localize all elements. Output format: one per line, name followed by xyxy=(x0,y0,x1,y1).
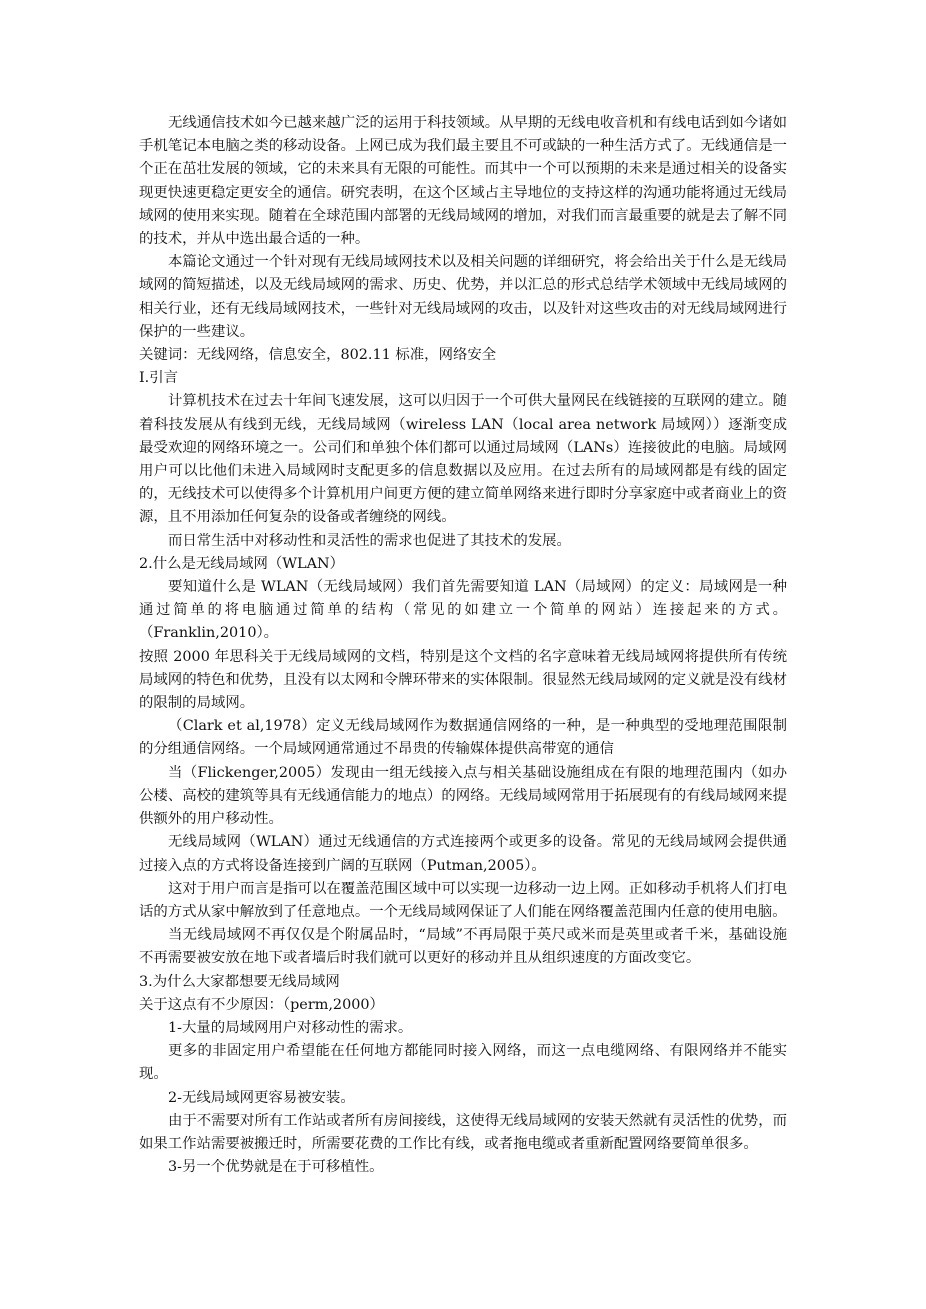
wlan-paragraph-1: 要知道什么是 WLAN（无线局域网）我们首先需要知道 LAN（局域网）的定义：局… xyxy=(139,576,787,646)
abstract-paragraph-2: 本篇论文通过一个针对现有无线局域网技术以及相关问题的详细研究，将会给出关于什么是… xyxy=(139,251,787,344)
section-heading-what-is-wlan: 2.什么是无线局域网（WLAN） xyxy=(139,553,787,576)
keywords-line: 关键词：无线网络，信息安全，802.11 标准，网络安全 xyxy=(139,344,787,367)
abstract-paragraph-1: 无线通信技术如今已越来越广泛的运用于科技领域。从早期的无线电收音机和有线电话到如… xyxy=(139,112,787,251)
reason-1-title: 1-大量的局域网用户对移动性的需求。 xyxy=(139,1017,787,1040)
wlan-paragraph-5: 无线局域网（WLAN）通过无线通信的方式连接两个或更多的设备。常见的无线局域网会… xyxy=(139,831,787,877)
wlan-paragraph-2: 按照 2000 年思科关于无线局域网的文档，特别是这个文档的名字意味着无线局域网… xyxy=(139,646,787,716)
wlan-paragraph-7: 当无线局域网不再仅仅是个附属品时，“局域”不再局限于英尺或米而是英里或者千米，基… xyxy=(139,924,787,970)
reason-2-title: 2-无线局域网更容易被安装。 xyxy=(139,1087,787,1110)
introduction-paragraph-2: 而日常生活中对移动性和灵活性的需求也促进了其技术的发展。 xyxy=(139,530,787,553)
section-heading-introduction: I.引言 xyxy=(139,367,787,390)
wlan-paragraph-6: 这对于用户而言是指可以在覆盖范围区域中可以实现一边移动一边上网。正如移动手机将人… xyxy=(139,878,787,924)
why-wlan-intro: 关于这点有不少原因：（perm,2000） xyxy=(139,994,787,1017)
reason-2-detail: 由于不需要对所有工作站或者所有房间接线，这使得无线局域网的安装天然就有灵活性的优… xyxy=(139,1110,787,1156)
reason-1-detail: 更多的非固定用户希望能在任何地方都能同时接入网络，而这一点电缆网络、有限网络并不… xyxy=(139,1040,787,1086)
document-page: 无线通信技术如今已越来越广泛的运用于科技领域。从早期的无线电收音机和有线电话到如… xyxy=(139,112,787,1179)
reason-3-title: 3-另一个优势就是在于可移植性。 xyxy=(139,1156,787,1179)
wlan-paragraph-4: 当（Flickenger,2005）发现由一组无线接入点与相关基础设施组成在有限… xyxy=(139,762,787,832)
section-heading-why-wlan: 3.为什么大家都想要无线局域网 xyxy=(139,971,787,994)
wlan-paragraph-3: （Clark et al,1978）定义无线局域网作为数据通信网络的一种，是一种… xyxy=(139,715,787,761)
introduction-paragraph-1: 计算机技术在过去十年间飞速发展，这可以归因于一个可供大量网民在线链接的互联网的建… xyxy=(139,390,787,529)
